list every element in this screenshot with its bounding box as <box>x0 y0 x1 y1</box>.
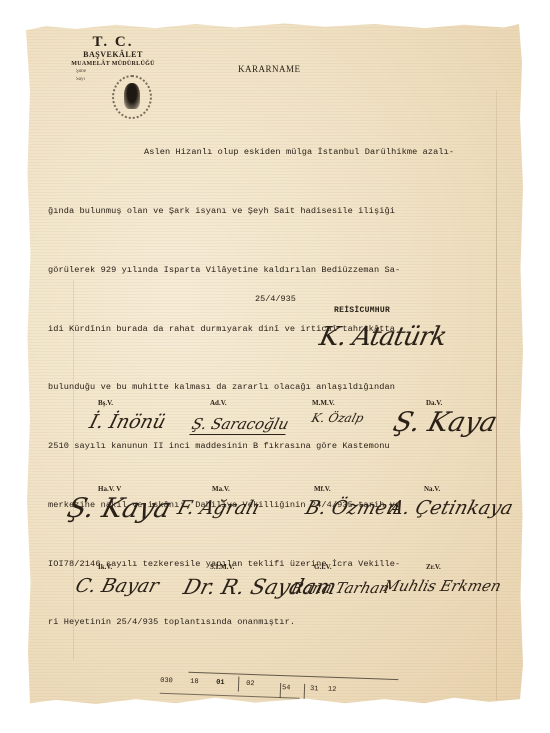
minister-signature: C. Bayar <box>73 575 161 597</box>
body-line: görülerek 929 yılında Isparta Vilâyetine… <box>48 261 516 281</box>
minister-signature: Rana Tarhan <box>290 579 392 597</box>
ministers-row: İk.V. C. Bayar S.İ.M.V. Dr. R. Saydam G.… <box>60 549 520 635</box>
minister-label: Ha.V. V <box>98 485 121 493</box>
president-signature: K. Atatürk <box>317 322 449 352</box>
ministers-row: Ha.V. V Ş. Kaya Ma.V. F. Ağralı Mf.V. B.… <box>60 471 520 557</box>
minister-label: Na.V. <box>424 485 440 493</box>
minister-signature: Ş. Kaya <box>64 493 175 524</box>
stamp-segment: 01 <box>216 679 225 687</box>
stamp-segment: 31 <box>310 685 319 693</box>
minister-label: Da.V. <box>426 399 442 407</box>
stamp-segment: 18 <box>190 678 199 686</box>
minister-label: S.İ.M.V. <box>210 563 234 571</box>
decree-date: 25/4/935 <box>255 294 296 304</box>
minister-label: G.İ.V. <box>314 563 332 571</box>
stamp-segment: 12 <box>328 686 337 694</box>
letterhead-tc: T. C. <box>58 34 168 50</box>
president-title: REİSİCUMHUR <box>334 306 390 315</box>
body-line: Aslen Hizanlı olup eskiden mülga İstanbu… <box>98 143 516 163</box>
minister-signature: Ş. Saracoğlu <box>189 415 290 435</box>
stamp-segment: 54 <box>282 684 291 692</box>
letterhead: T. C. BAŞVEKÂLET MUAMELÂT MÜDÜRLÜĞÜ Şube… <box>58 34 168 84</box>
stamp-segment: 030 <box>160 677 173 685</box>
letterhead-sube: Şube <box>58 68 168 76</box>
letterhead-sayi: Sayı <box>58 76 168 84</box>
ministers-row: Bş.V. İ. İnönü Ad.V. Ş. Saracoğlu M.M.V.… <box>60 385 520 471</box>
stamp-divider <box>238 677 240 692</box>
minister-label: Mf.V. <box>314 485 331 493</box>
minister-label: Bş.V. <box>98 399 113 407</box>
letterhead-institution: BAŞVEKÂLET <box>58 50 168 60</box>
stamp-divider <box>304 684 306 699</box>
minister-signature: İ. İnönü <box>87 411 168 433</box>
document-title: KARARNAME <box>238 64 301 74</box>
minister-signature: K. Özalp <box>310 411 365 425</box>
body-line: ğında bulunmuş olan ve Şark isyanı ve Şe… <box>48 202 516 222</box>
minister-label: Ad.V. <box>210 399 227 407</box>
minister-signature: A. Çetinkaya <box>387 497 515 519</box>
minister-signature: F. Ağralı <box>175 497 262 519</box>
letterhead-department: MUAMELÂT MÜDÜRLÜĞÜ <box>58 60 168 68</box>
minister-signature: Muhlis Erkmen <box>382 577 504 595</box>
minister-label: Zr.V. <box>426 563 441 571</box>
minister-signature: Ş. Kaya <box>390 407 501 438</box>
stamp-segment: 02 <box>246 680 255 688</box>
minister-label: Ma.V. <box>212 485 230 493</box>
minister-label: İk.V. <box>98 563 112 571</box>
minister-label: M.M.V. <box>312 399 335 407</box>
ministers-signatures: Bş.V. İ. İnönü Ad.V. Ş. Saracoğlu M.M.V.… <box>60 385 520 635</box>
